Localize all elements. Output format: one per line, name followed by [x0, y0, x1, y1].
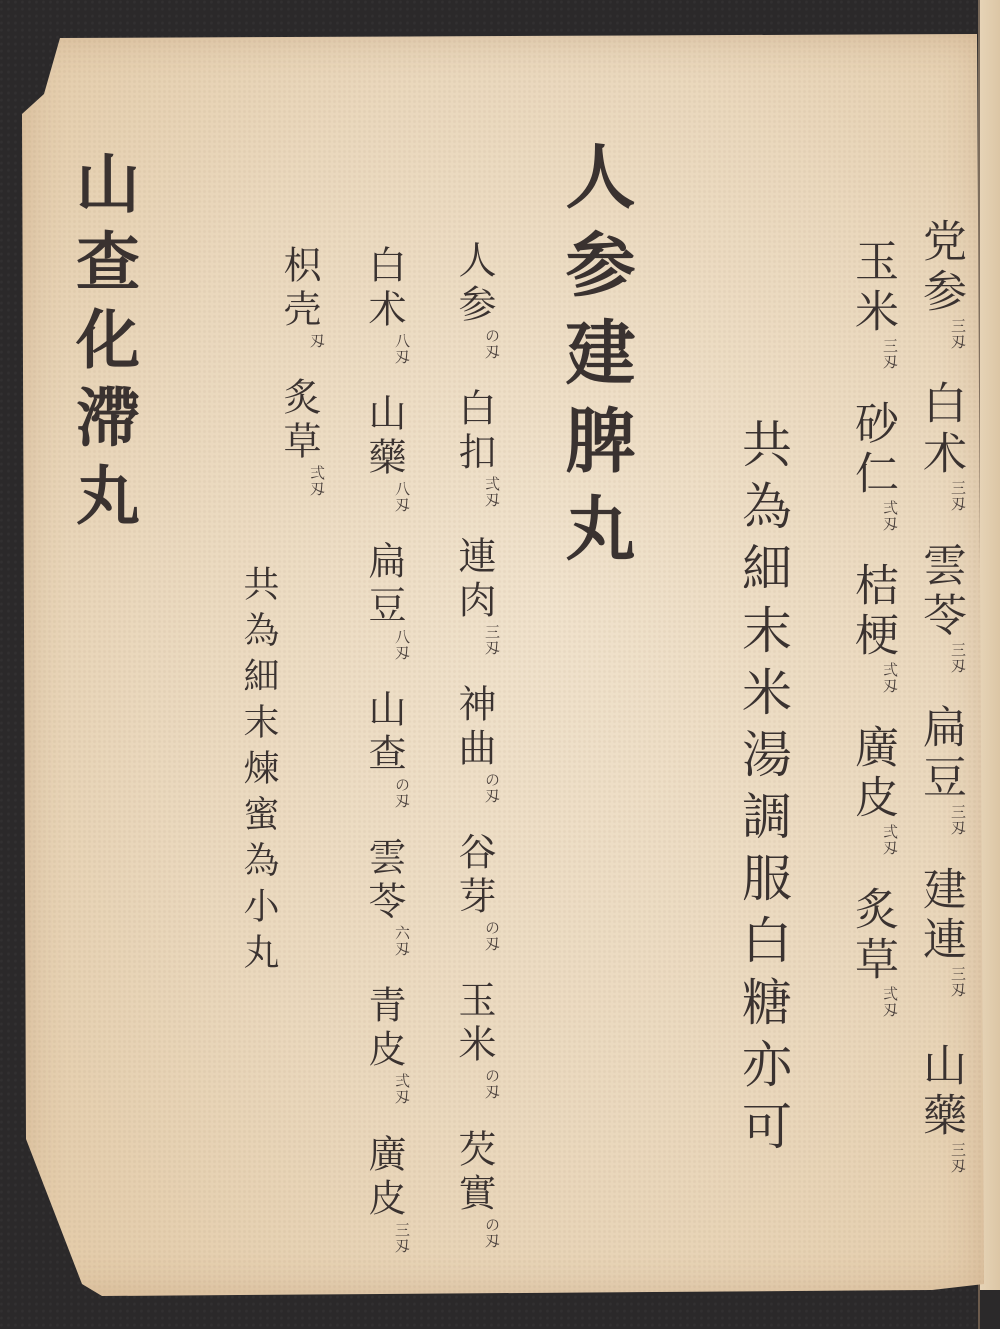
ingredient: 雲苓三刄	[918, 542, 962, 674]
ingredient: 廣皮三刄	[365, 1134, 403, 1254]
ingredient: 芡實の刄	[455, 1129, 493, 1249]
ingredient: 白术八刄	[365, 245, 403, 365]
recipe2-ingredients-col2: 白术八刄 山藥八刄 扁豆八刄 山查の刄 雲苓六刄 青皮弍刄 廣皮三刄	[365, 245, 403, 1264]
ingredient: 玉米三刄	[850, 238, 894, 370]
recipe1-ingredients-col1: 党参三刄 白术三刄 雲苓三刄 扁豆三刄 建連三刄 山藥三刄	[918, 218, 962, 1184]
ingredient: 山藥八刄	[365, 393, 403, 513]
ingredient: 扁豆八刄	[365, 541, 403, 661]
ingredient: 砂仁弍刄	[850, 400, 894, 532]
ingredient: 建連三刄	[918, 866, 962, 998]
ingredient: 青皮弍刄	[365, 985, 403, 1105]
ingredient: 谷芽の刄	[455, 832, 493, 952]
ingredient: 桔梗弍刄	[850, 562, 894, 694]
ingredient: 白扣弍刄	[455, 388, 493, 508]
ingredient: 枳壳刄	[280, 245, 318, 349]
ingredient: 炙草弍刄	[850, 886, 894, 1018]
recipe2-ingredients-col1: 人参の刄 白扣弍刄 連肉三刄 神曲の刄 谷芽の刄 玉米の刄 芡實の刄	[455, 240, 493, 1259]
ingredient: 連肉三刄	[455, 536, 493, 656]
ingredient: 白术三刄	[918, 380, 962, 512]
ingredient: 神曲の刄	[455, 684, 493, 804]
recipe2-title: 人参建脾丸	[560, 140, 630, 580]
recipe1-ingredients-col2: 玉米三刄 砂仁弍刄 桔梗弍刄 廣皮弍刄 炙草弍刄	[850, 238, 894, 1028]
recipe3-title: 山查化滯丸	[70, 150, 134, 540]
recipe2-instructions: 共為細末煉蜜為小丸	[240, 565, 276, 979]
ingredient: 玉米の刄	[455, 980, 493, 1100]
ingredient: 山藥三刄	[918, 1042, 962, 1174]
ingredient: 雲苓六刄	[365, 837, 403, 957]
ingredient: 党参三刄	[918, 218, 962, 350]
ingredient: 炙草弍刄	[280, 377, 318, 497]
ingredient: 扁豆三刄	[918, 704, 962, 836]
manuscript-page	[22, 34, 984, 1296]
background-corner	[980, 1290, 1000, 1329]
recipe2-ingredients-col3: 枳壳刄 炙草弍刄	[280, 245, 318, 507]
recipe1-instructions: 共為細末米湯調服白糖亦可	[738, 418, 788, 1162]
ingredient: 人参の刄	[455, 240, 493, 360]
ingredient: 廣皮弍刄	[850, 724, 894, 856]
ingredient: 山查の刄	[365, 689, 403, 809]
